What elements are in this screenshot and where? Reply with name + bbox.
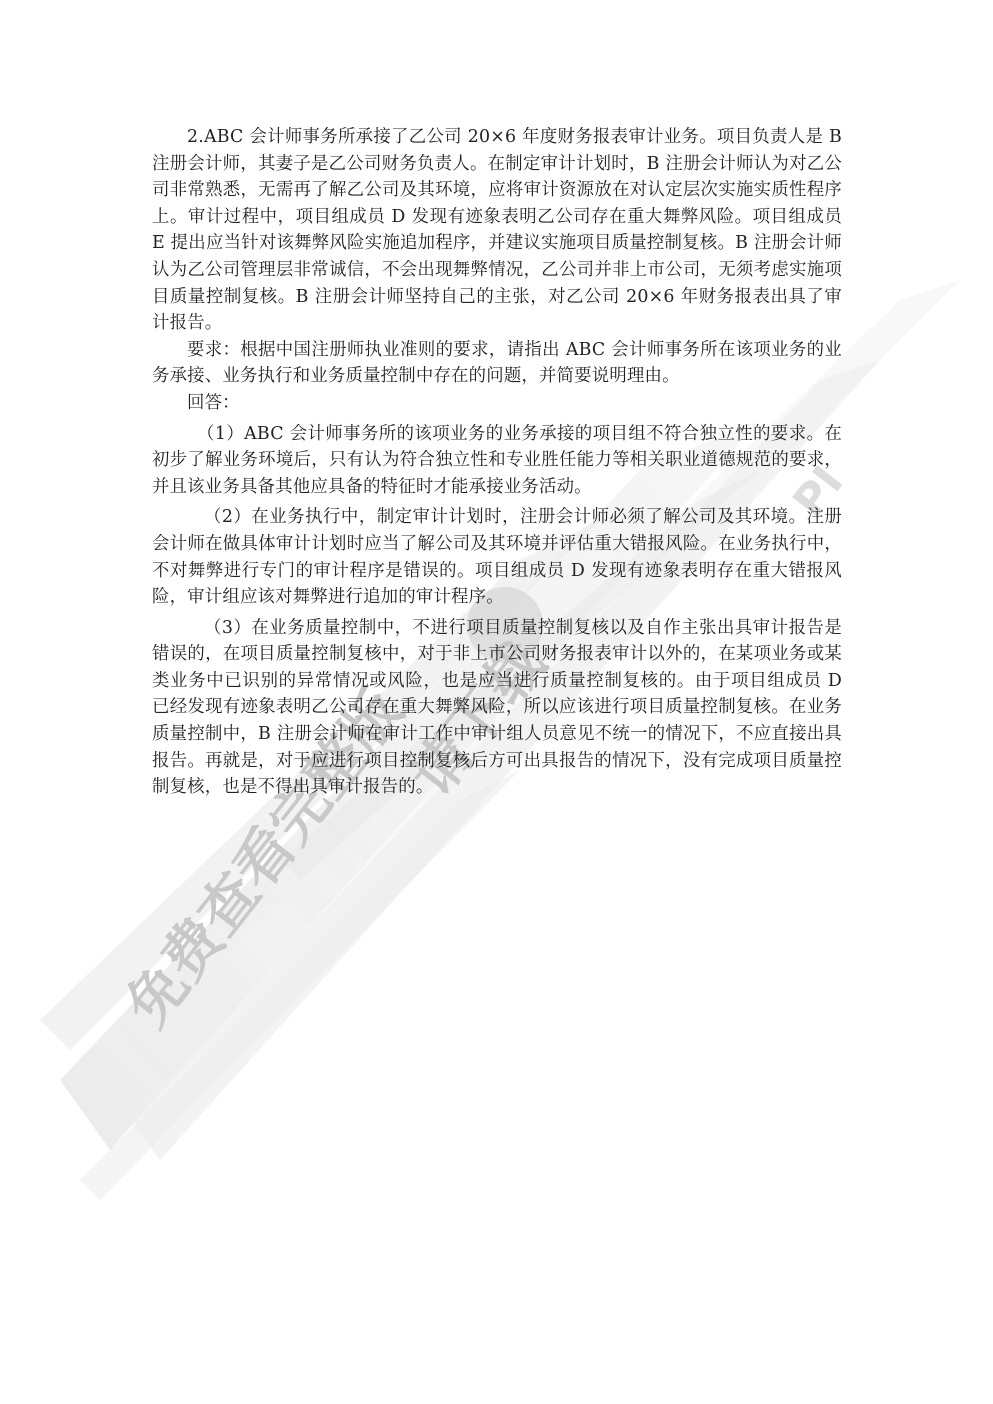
question-paragraph: 2.ABC 会计师事务所承接了乙公司 20×6 年度财务报表审计业务。项目负责人… — [152, 124, 842, 337]
answer-label: 回答： — [152, 390, 842, 417]
answer-item-2: （2）在业务执行中，制定审计计划时，注册会计师必须了解公司及其环境。注册会计师在… — [152, 504, 842, 610]
answer-item-3: （3）在业务质量控制中，不进行项目质量控制复核以及自作主张出具审计报告是错误的，… — [152, 615, 842, 801]
document-body: 2.ABC 会计师事务所承接了乙公司 20×6 年度财务报表审计业务。项目负责人… — [152, 124, 842, 801]
answer-item-1: （1）ABC 会计师事务所的该项业务的业务承接的项目组不符合独立性的要求。在初步… — [152, 421, 842, 501]
document-page: 免费查看完整版 请下载 PI 2.ABC 会计师事务所承接了乙公司 20×6 年… — [0, 0, 993, 1404]
requirement-paragraph: 要求：根据中国注册师执业准则的要求，请指出 ABC 会计师事务所在该项业务的业务… — [152, 337, 842, 390]
